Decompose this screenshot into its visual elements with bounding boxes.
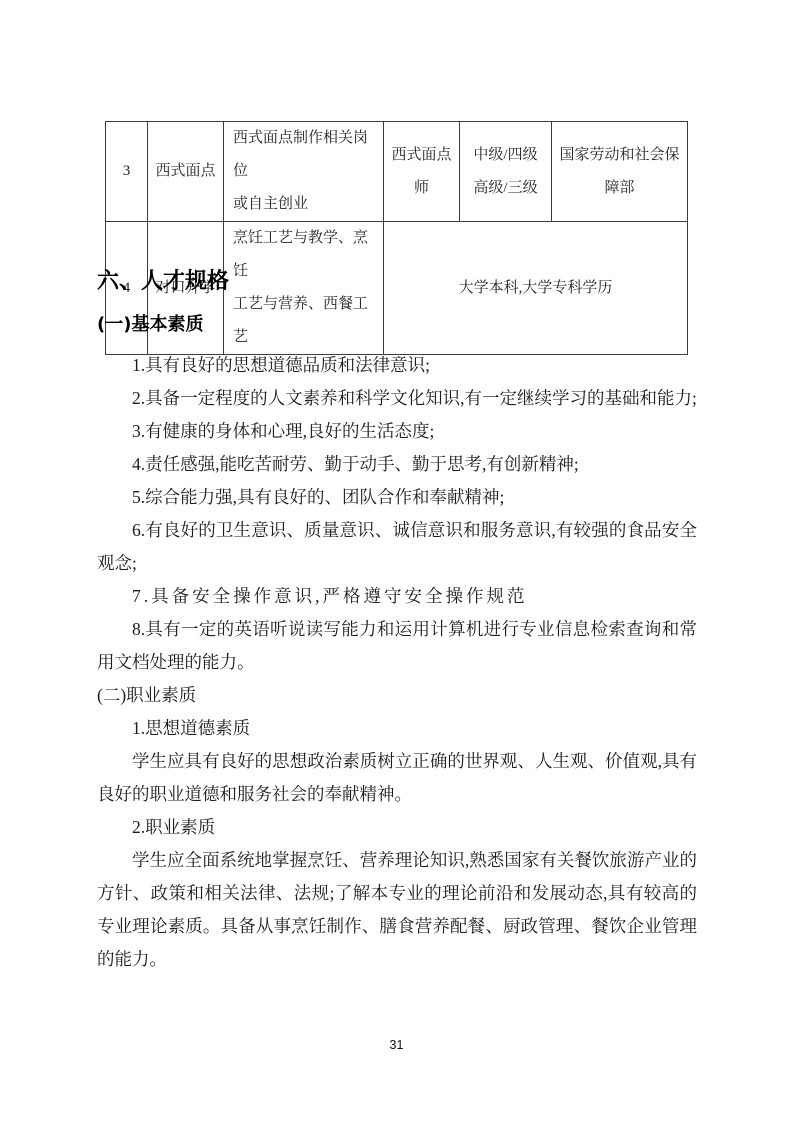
certificate-cell: 西式面点 师 [384,122,460,222]
cell-line: 或自主创业 [233,188,379,221]
basic-item: 8.具有一定的英语听说读写能力和运用计算机进行专业信息检索查询和常用文档处理的能… [97,613,697,679]
page-number: 31 [0,1038,793,1052]
document-page: 3 西式面点 西式面点制作相关岗位 或自主创业 西式面点 师 中级/四级 高级/… [0,0,793,1122]
cell-line: 西式面点制作相关岗位 [233,122,379,188]
cell-line: 障部 [556,172,683,205]
subsection-heading-basic: (一)基本素质 [97,313,697,337]
direction-cell: 西式面点 [148,122,224,222]
basic-item: 5.综合能力强,具有良好的、团队合作和奉献精神; [97,481,697,514]
basic-item: 3.有健康的身体和心理,良好的生活态度; [97,415,697,448]
cell-line: 高级/三级 [464,172,547,205]
subsection-heading-professional: (二)职业素质 [97,679,697,712]
basic-item: 7.具备安全操作意识,严格遵守安全操作规范 [97,580,697,613]
cell-line: 中级/四级 [464,139,547,172]
professional-paragraph: 学生应具有良好的思想政治素质树立正确的世界观、人生观、价值观,具有良好的职业道德… [97,745,697,811]
section-heading: 六、人才规格 [97,267,697,296]
cell-line: 国家劳动和社会保 [556,139,683,172]
basic-item: 1.具有良好的思想道德品质和法律意识; [97,349,697,382]
document-body: 六、人才规格 (一)基本素质 1.具有良好的思想道德品质和法律意识; 2.具备一… [97,267,697,976]
level-cell: 中级/四级 高级/三级 [460,122,552,222]
row-number-cell: 3 [106,122,148,222]
jobs-cell: 西式面点制作相关岗位 或自主创业 [224,122,384,222]
authority-cell: 国家劳动和社会保 障部 [552,122,688,222]
professional-subtitle: 2.职业素质 [97,811,697,844]
basic-item: 2.具备一定程度的人文素养和科学文化知识,有一定继续学习的基础和能力; [97,382,697,415]
table-row: 3 西式面点 西式面点制作相关岗位 或自主创业 西式面点 师 中级/四级 高级/… [106,122,688,222]
cell-line: 西式面点 [388,139,455,172]
professional-paragraph: 学生应全面系统地掌握烹饪、营养理论知识,熟悉国家有关餐饮旅游产业的方针、政策和相… [97,844,697,976]
professional-subtitle: 1.思想道德素质 [97,712,697,745]
basic-item: 6.有良好的卫生意识、质量意识、诚信意识和服务意识,有较强的食品安全观念; [97,514,697,580]
cell-line: 师 [388,172,455,205]
basic-item: 4.责任感强,能吃苦耐劳、勤于动手、勤于思考,有创新精神; [97,448,697,481]
